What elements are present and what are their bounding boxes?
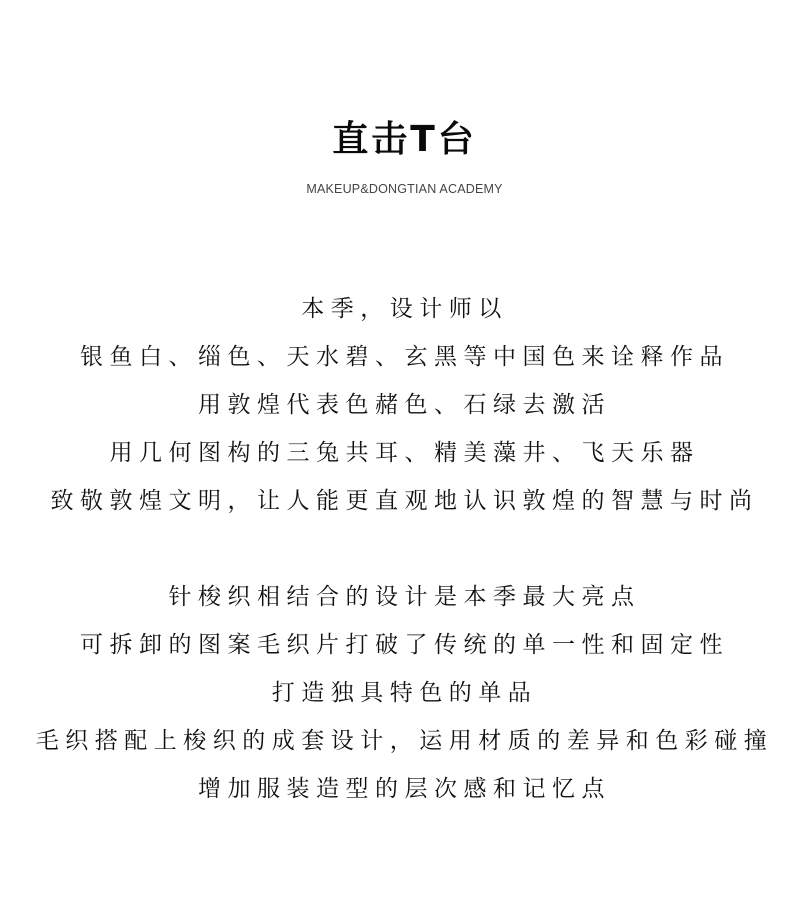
text-line: 本季，设计师以	[0, 285, 809, 333]
paragraph-design-inspiration: 本季，设计师以 银鱼白、缁色、天水碧、玄黑等中国色来诠释作品 用敦煌代表色赭色、…	[0, 285, 809, 525]
text-line: 增加服装造型的层次感和记忆点	[0, 765, 809, 813]
text-line: 银鱼白、缁色、天水碧、玄黑等中国色来诠释作品	[0, 333, 809, 381]
text-line: 可拆卸的图案毛织片打破了传统的单一性和固定性	[0, 621, 809, 669]
page-title: 直击T台	[0, 116, 809, 164]
paragraph-design-highlights: 针梭织相结合的设计是本季最大亮点 可拆卸的图案毛织片打破了传统的单一性和固定性 …	[0, 573, 809, 813]
text-line: 用敦煌代表色赭色、石绿去激活	[0, 381, 809, 429]
text-line: 打造独具特色的单品	[0, 669, 809, 717]
text-line: 致敬敦煌文明，让人能更直观地认识敦煌的智慧与时尚	[0, 477, 809, 525]
text-line: 针梭织相结合的设计是本季最大亮点	[0, 573, 809, 621]
text-line: 用几何图构的三兔共耳、精美藻井、飞天乐器	[0, 429, 809, 477]
page-subtitle: MAKEUP&DONGTIAN ACADEMY	[0, 181, 809, 197]
text-line: 毛织搭配上梭织的成套设计，运用材质的差异和色彩碰撞	[0, 717, 809, 765]
